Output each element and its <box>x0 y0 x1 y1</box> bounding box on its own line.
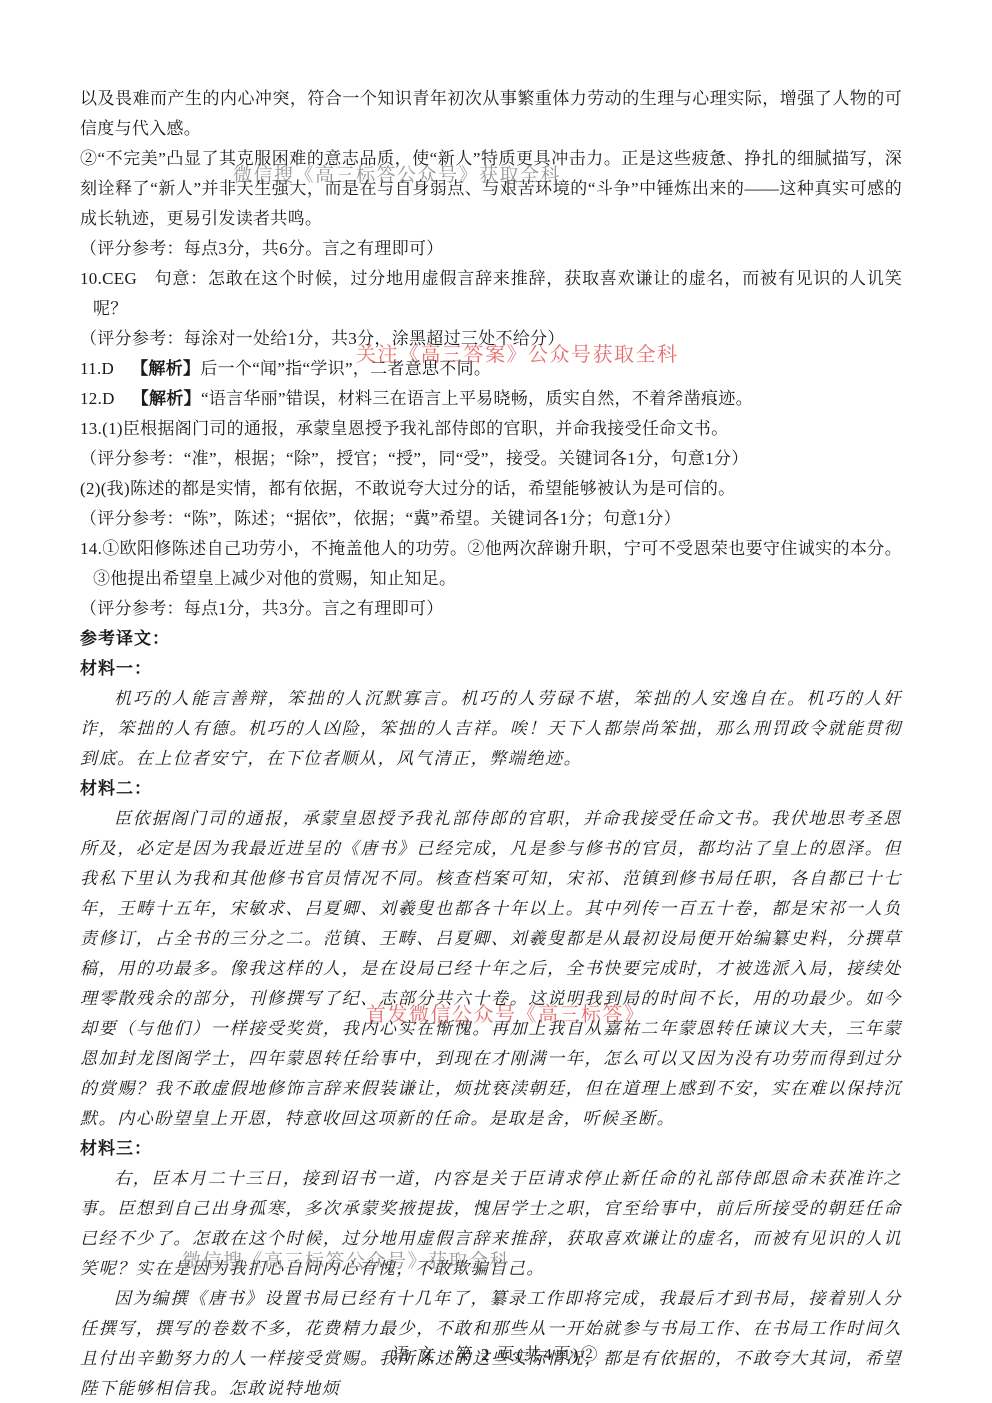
answer-10-scoring-note: （评分参考：每涂对一处给1分，共3分，涂黑超过三处不给分） <box>80 324 902 354</box>
reference-translation-heading: 参考译文： <box>80 624 902 654</box>
material-2-translation: 臣依据阁门司的通报，承蒙皇恩授予我礼部侍郎的官职，并命我接受任命文书。我伏地思考… <box>80 804 902 1134</box>
answer-10: 10.CEG句意：怎敢在这个时候，过分地用虚假言辞来推辞，获取喜欢谦让的虚名，而… <box>80 264 902 324</box>
answer-9-scoring-note: （评分参考：每点3分，共6分。言之有理即可） <box>80 234 902 264</box>
answer-9-point-2: ②“不完美”凸显了其克服困难的意志品质，使“新人”特质更具冲击力。正是这些疲惫、… <box>80 144 902 234</box>
answer-12: 12.D【解析】“语言华丽”错误，材料三在语言上平易晓畅，质实自然，不着斧凿痕迹… <box>80 384 902 414</box>
answer-13-part-2-scoring: （评分参考：“陈”，陈述；“据依”，依据；“冀”希望。关键词各1分；句意1分） <box>80 504 902 534</box>
answer-12-text: “语言华丽”错误，材料三在语言上平易晓畅，质实自然，不着斧凿痕迹。 <box>201 389 753 408</box>
material-1-translation: 机巧的人能言善辩，笨拙的人沉默寡言。机巧的人劳碌不堪，笨拙的人安逸自在。机巧的人… <box>80 684 902 774</box>
answer-13-part-1-scoring: （评分参考：“准”，根据；“除”，授官；“授”，同“受”，接受。关键词各1分，句… <box>80 444 902 474</box>
answer-11-text: 后一个“闻”指“学识”，二者意思不同。 <box>200 359 491 378</box>
answer-13-part-1: 13.(1)臣根据阁门司的通报，承蒙皇恩授予我礼部侍郎的官职，并命我接受任命文书… <box>80 414 902 444</box>
material-1-heading: 材料一： <box>80 654 902 684</box>
answer-12-analysis-label: 【解析】 <box>132 389 201 408</box>
page-footer: 语 文 第 2 页(共4页)② <box>0 1340 992 1365</box>
answer-12-number: 12.D <box>80 389 115 408</box>
answer-14-scoring-note: （评分参考：每点1分，共3分。言之有理即可） <box>80 594 902 624</box>
material-2-heading: 材料二： <box>80 774 902 804</box>
answer-10-number: 10.CEG <box>80 269 137 288</box>
exam-answer-page: 以及畏难而产生的内心冲突，符合一个知识青年初次从事繁重体力劳动的生理与心理实际，… <box>0 0 992 1403</box>
answer-10-text: 句意：怎敢在这个时候，过分地用虚假言辞来推辞，获取喜欢谦让的虚名，而被有见识的人… <box>93 269 902 318</box>
answer-11-number: 11.D <box>80 359 114 378</box>
answer-9-continuation: 以及畏难而产生的内心冲突，符合一个知识青年初次从事繁重体力劳动的生理与心理实际，… <box>80 84 902 144</box>
answer-11: 11.D【解析】后一个“闻”指“学识”，二者意思不同。 <box>80 354 902 384</box>
page-content: 以及畏难而产生的内心冲突，符合一个知识青年初次从事繁重体力劳动的生理与心理实际，… <box>80 84 902 1403</box>
material-3-heading: 材料三： <box>80 1134 902 1164</box>
answer-13-part-2: (2)(我)陈述的都是实情，都有依据，不敢说夸大过分的话，希望能够被认为是可信的… <box>80 474 902 504</box>
answer-11-analysis-label: 【解析】 <box>131 359 200 378</box>
material-3-translation-paragraph-1: 右，臣本月二十三日，接到诏书一道，内容是关于臣请求停止新任命的礼部侍郎恩命未获准… <box>80 1164 902 1284</box>
answer-14: 14.①欧阳修陈述自己功劳小，不掩盖他人的功劳。②他两次辞谢升职，宁可不受恩荣也… <box>80 534 902 594</box>
